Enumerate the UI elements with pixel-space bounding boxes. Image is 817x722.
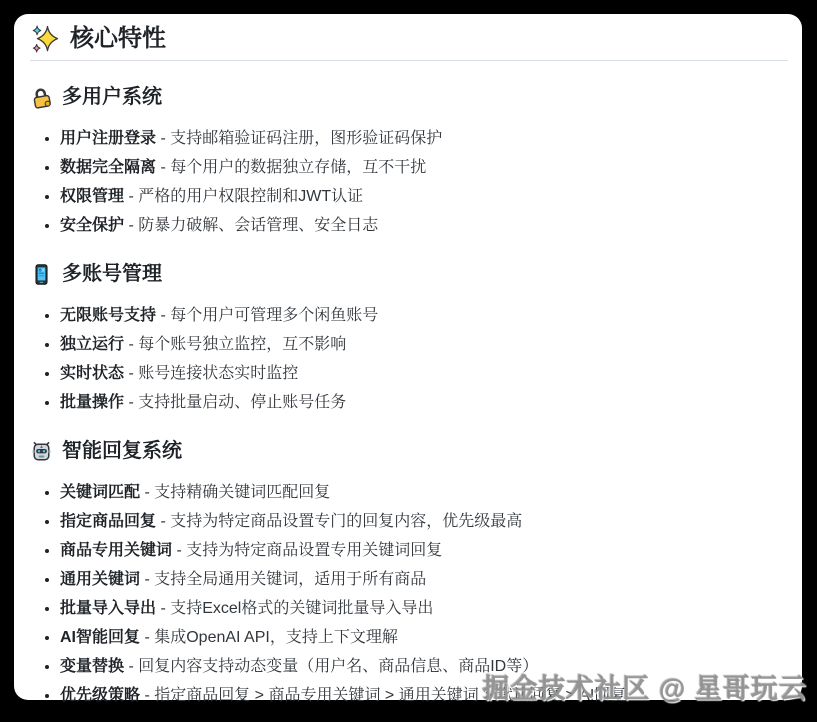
list-item: 权限管理 - 严格的用户权限控制和JWT认证 xyxy=(60,184,788,209)
list-item: 安全保护 - 防暴力破解、会话管理、安全日志 xyxy=(60,213,788,238)
separator: - xyxy=(172,542,186,559)
feature-desc: 严格的用户权限控制和JWT认证 xyxy=(138,188,363,205)
separator: - xyxy=(140,571,154,588)
separator: - xyxy=(140,629,154,646)
feature-desc: 每个用户可管理多个闲鱼账号 xyxy=(170,307,378,324)
list-item: 数据完全隔离 - 每个用户的数据独立存储，互不干扰 xyxy=(60,155,788,180)
feature-desc: 支持为特定商品设置专用关键词回复 xyxy=(186,542,442,559)
list-item: 用户注册登录 - 支持邮箱验证码注册，图形验证码保护 xyxy=(60,126,788,151)
page-title: 核心特性 xyxy=(30,24,788,61)
section-title-multi-user: 多用户系统 xyxy=(30,85,788,110)
section-title-text: 智能回复系统 xyxy=(62,439,182,464)
list-item: 无限账号支持 - 每个用户可管理多个闲鱼账号 xyxy=(60,303,788,328)
feature-term: 权限管理 xyxy=(60,188,124,205)
separator: - xyxy=(124,217,138,234)
section-title-multi-account: 多账号管理 xyxy=(30,262,788,287)
sparkles-icon xyxy=(30,24,60,54)
feature-term: 商品专用关键词 xyxy=(60,542,172,559)
list-item: 批量导入导出 - 支持Excel格式的关键词批量导入导出 xyxy=(60,596,788,621)
phone-icon xyxy=(30,263,53,286)
feature-term: 数据完全隔离 xyxy=(60,159,156,176)
separator: - xyxy=(156,159,170,176)
list-item: 关键词匹配 - 支持精确关键词匹配回复 xyxy=(60,480,788,505)
separator: - xyxy=(140,687,154,704)
separator: - xyxy=(124,188,138,205)
feature-desc: 支持为特定商品设置专门的回复内容，优先级最高 xyxy=(170,513,522,530)
feature-term: 用户注册登录 xyxy=(60,130,156,147)
list-item: 商品专用关键词 - 支持为特定商品设置专用关键词回复 xyxy=(60,538,788,563)
section-title-smart-reply: 智能回复系统 xyxy=(30,439,788,464)
list-item: 批量操作 - 支持批量启动、停止账号任务 xyxy=(60,390,788,415)
feature-desc: 支持全局通用关键词，适用于所有商品 xyxy=(154,571,426,588)
feature-term: 关键词匹配 xyxy=(60,484,140,501)
separator: - xyxy=(124,394,138,411)
feature-term: AI智能回复 xyxy=(60,629,140,646)
feature-desc: 每个用户的数据独立存储，互不干扰 xyxy=(170,159,426,176)
lock-icon xyxy=(30,86,53,109)
feature-term: 变量替换 xyxy=(60,658,124,675)
feature-term: 优先级策略 xyxy=(60,687,140,704)
feature-desc: 集成OpenAI API，支持上下文理解 xyxy=(154,629,398,646)
separator: - xyxy=(140,484,154,501)
list-item: 实时状态 - 账号连接状态实时监控 xyxy=(60,361,788,386)
section-title-text: 多账号管理 xyxy=(62,262,162,287)
watermark: 掘金技术社区 @ 星哥玩云 xyxy=(483,667,807,706)
feature-desc: 回复内容支持动态变量（用户名、商品信息、商品ID等） xyxy=(138,658,538,675)
separator: - xyxy=(156,600,170,617)
document-card: 核心特性 多用户系统 用户注册登录 - 支持邮箱验证码注册，图形验证码保护 数据… xyxy=(14,14,802,700)
feature-term: 无限账号支持 xyxy=(60,307,156,324)
separator: - xyxy=(124,658,138,675)
feature-desc: 账号连接状态实时监控 xyxy=(138,365,298,382)
feature-desc: 支持邮箱验证码注册，图形验证码保护 xyxy=(170,130,442,147)
robot-icon xyxy=(30,440,53,463)
separator: - xyxy=(124,365,138,382)
section-title-text: 多用户系统 xyxy=(62,85,162,110)
feature-term: 通用关键词 xyxy=(60,571,140,588)
page-title-text: 核心特性 xyxy=(70,24,166,54)
feature-term: 指定商品回复 xyxy=(60,513,156,530)
feature-desc: 支持Excel格式的关键词批量导入导出 xyxy=(170,600,433,617)
feature-desc: 每个账号独立监控，互不影响 xyxy=(138,336,346,353)
separator: - xyxy=(156,130,170,147)
feature-list-multi-user: 用户注册登录 - 支持邮箱验证码注册，图形验证码保护 数据完全隔离 - 每个用户… xyxy=(30,126,788,238)
feature-term: 批量操作 xyxy=(60,394,124,411)
separator: - xyxy=(156,513,170,530)
feature-desc: 防暴力破解、会话管理、安全日志 xyxy=(138,217,378,234)
list-item: 指定商品回复 - 支持为特定商品设置专门的回复内容，优先级最高 xyxy=(60,509,788,534)
feature-desc: 支持精确关键词匹配回复 xyxy=(154,484,330,501)
list-item: AI智能回复 - 集成OpenAI API，支持上下文理解 xyxy=(60,625,788,650)
feature-list-multi-account: 无限账号支持 - 每个用户可管理多个闲鱼账号 独立运行 - 每个账号独立监控，互… xyxy=(30,303,788,415)
feature-term: 独立运行 xyxy=(60,336,124,353)
feature-term: 安全保护 xyxy=(60,217,124,234)
list-item: 通用关键词 - 支持全局通用关键词，适用于所有商品 xyxy=(60,567,788,592)
separator: - xyxy=(156,307,170,324)
feature-term: 批量导入导出 xyxy=(60,600,156,617)
list-item: 独立运行 - 每个账号独立监控，互不影响 xyxy=(60,332,788,357)
separator: - xyxy=(124,336,138,353)
feature-term: 实时状态 xyxy=(60,365,124,382)
feature-desc: 支持批量启动、停止账号任务 xyxy=(138,394,346,411)
